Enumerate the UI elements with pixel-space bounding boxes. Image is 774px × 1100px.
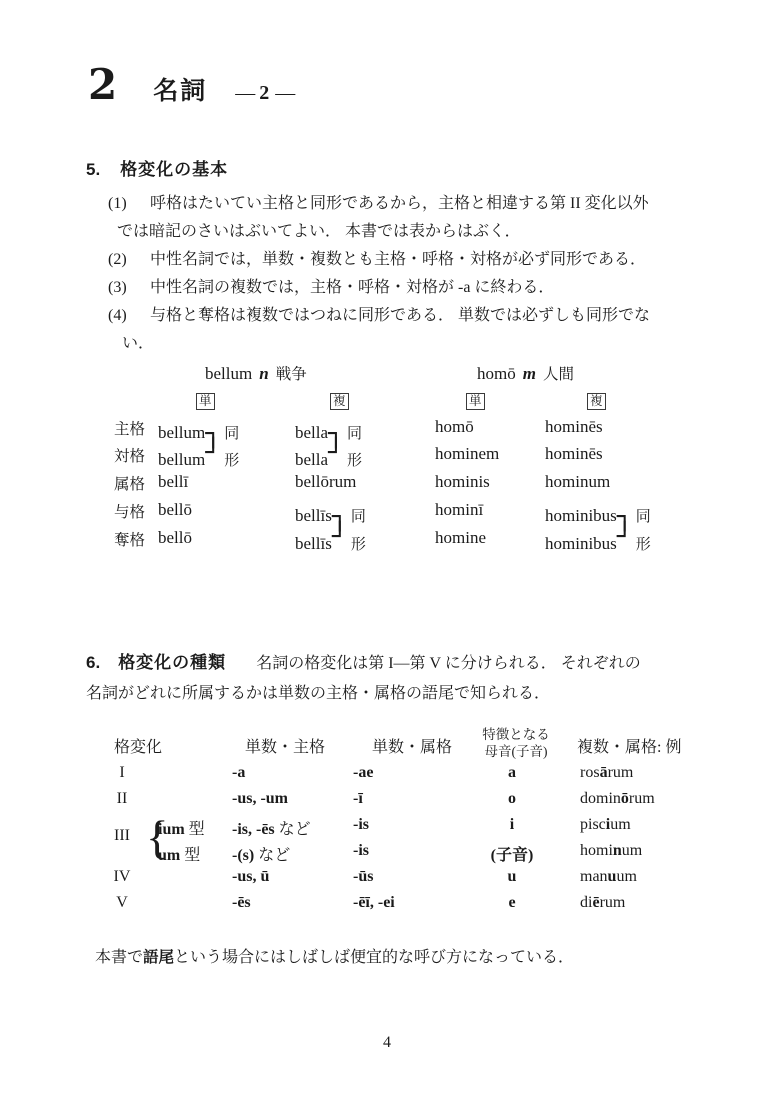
case-label: 対格: [114, 444, 145, 466]
example-word: rosārum: [580, 764, 633, 782]
declension-numeral: IV: [100, 868, 144, 886]
example-highlight: ō: [621, 790, 629, 807]
characteristic-vowel: e: [468, 894, 556, 912]
col-header-pl-genitive-example: 複数・属格: 例: [577, 734, 681, 757]
same-form-label: 形: [224, 453, 239, 469]
list-item-3: (3)中性名詞の複数では，主格・呼格・対格が -a に終わる．: [108, 274, 714, 302]
latin-form: bellō: [158, 528, 192, 547]
same-form-label: 同: [351, 509, 366, 525]
nominative-ending: -a: [232, 764, 245, 782]
latin-form: bellum: [158, 450, 205, 469]
declension-numeral: I: [100, 764, 144, 782]
nominative-ending: -us, -um: [232, 790, 288, 808]
cell-bellum-pl: bellōrum: [295, 472, 356, 492]
item-text: では暗記のさいはぶいてよい． 本書では表からはぶく．: [117, 223, 521, 240]
latin-form: homine: [435, 528, 486, 547]
subtype-label: um 型: [158, 842, 200, 865]
table-row-declension-1: I -a -ae a rosārum: [100, 764, 720, 790]
genitive-ending: -ae: [353, 764, 373, 782]
table-row-declension-3-um: um 型 -(s) など -is (子音) hominum: [100, 842, 720, 868]
table-row-declension-3-ium: ium 型 -is, -ēs など -is i piscium: [100, 816, 720, 842]
table-row-declension-5: V -ēs -ēī, -ei e diērum: [100, 894, 720, 920]
characteristic-vowel: u: [468, 868, 556, 886]
subtype-kanji: 型: [180, 847, 200, 864]
cell-homo-pl: hominēs: [545, 417, 603, 437]
latin-form: hominis: [435, 472, 490, 491]
table-row-genitive: 属格 bellī bellōrum hominis hominum: [112, 472, 732, 499]
example-suffix: um: [610, 816, 630, 833]
table-row-declension-4: IV -us, ū -ūs u manuum: [100, 868, 720, 894]
genitive-ending: -is: [353, 842, 369, 860]
same-form-bracket: ┘: [205, 440, 217, 467]
subtype-label: ium 型: [158, 816, 205, 839]
chapter-subtitle: —2—: [235, 82, 293, 105]
latin-form: hominī: [435, 500, 483, 519]
header-line: 特徴となる: [468, 726, 564, 743]
section6-number: 6.: [86, 653, 100, 672]
cell-homo-sg: homine: [435, 528, 486, 548]
nominative-ending: -is, -ēs など: [232, 816, 311, 839]
cell-bellum-sg: bellō: [158, 500, 192, 520]
cell-bellum-pl: bellīs┐同: [295, 500, 366, 527]
item-text: い．: [122, 335, 154, 352]
example-word: hominum: [580, 842, 642, 860]
note-text: 本書で: [95, 949, 143, 966]
subtype-kanji: 型: [185, 821, 205, 838]
item-number: (1): [108, 190, 150, 218]
same-form-bracket: ┘: [332, 524, 344, 551]
cell-homo-pl: hominum: [545, 472, 610, 492]
latin-form: bellī: [158, 472, 188, 491]
cell-homo-pl: hominibus┐同: [545, 500, 651, 527]
example-prefix: man: [580, 868, 608, 885]
characteristic-vowel: o: [468, 790, 556, 808]
list-item-4-line2: い．: [108, 330, 714, 358]
subtype: ium: [158, 821, 185, 838]
same-form-label: 形: [347, 453, 362, 469]
characteristic-vowel: a: [468, 764, 556, 782]
example-prefix: pisc: [580, 816, 606, 833]
declension-type-table: 格変化 単数・主格 単数・属格 特徴となる 母音(子音) 複数・属格: 例 II…: [100, 724, 720, 924]
latin-form: hominem: [435, 444, 499, 463]
example-prefix: ros: [580, 764, 600, 781]
table-row-ablative: 奪格 bellō bellīs┘形 homine hominibus┘形: [112, 528, 732, 555]
gender-label: m: [523, 364, 536, 383]
gender-label: n: [259, 364, 268, 383]
nominative-ending: -ēs: [232, 894, 251, 912]
list-item-1-line2: では暗記のさいはぶいてよい． 本書では表からはぶく．: [108, 218, 714, 246]
cell-bellum-sg: bellō: [158, 528, 192, 548]
cell-homo-pl: hominibus┘形: [545, 528, 651, 555]
characteristic-vowel: i: [468, 816, 556, 834]
item-text: 中性名詞の複数では，主格・呼格・対格が -a に終わる．: [150, 279, 554, 296]
ending: -ēs: [232, 894, 251, 911]
example-word: dominōrum: [580, 790, 655, 808]
ending-note: など: [275, 821, 311, 838]
genitive-ending: -ī: [353, 790, 363, 808]
number-box-plural: 複: [587, 393, 606, 410]
same-form-bracket: ┘: [328, 440, 340, 467]
latin-form: bella: [295, 450, 328, 469]
latin-form: bellīs: [295, 506, 332, 525]
cell-bellum-sg: bellum┐同: [158, 417, 239, 444]
same-form-label: 形: [636, 537, 651, 553]
cell-homo-sg: homō: [435, 417, 474, 437]
section5-heading: 5.格変化の基本: [86, 155, 228, 180]
example-prefix: homi: [580, 842, 613, 859]
example-word: piscium: [580, 816, 631, 834]
cell-bellum-sg: bellum┘形: [158, 444, 239, 471]
cell-homo-sg: hominem: [435, 444, 499, 464]
list-item-2: (2)中性名詞では，単数・複数とも主格・呼格・対格が必ず同形である．: [108, 246, 714, 274]
section5-title: 格変化の基本: [120, 160, 228, 179]
same-form-label: 同: [224, 426, 239, 442]
genitive-ending: -ēī, -ei: [353, 894, 395, 912]
cell-homo-sg: hominis: [435, 472, 490, 492]
latin-form: bellō: [158, 500, 192, 519]
example-suffix: um: [616, 868, 636, 885]
col-header-characteristic-vowel: 特徴となる 母音(子音): [468, 726, 564, 760]
word-gloss: 戦争: [276, 366, 307, 383]
example-word: diērum: [580, 894, 625, 912]
genitive-ending: -is: [353, 816, 369, 834]
ending: -a: [232, 764, 245, 781]
item-number: (3): [108, 274, 150, 302]
subtype: um: [158, 847, 180, 864]
same-form-label: 同: [347, 426, 362, 442]
number-box-plural: 複: [330, 393, 349, 410]
ending: -us, -um: [232, 790, 288, 807]
latin-form: bella: [295, 423, 328, 442]
item-text: 呼格はたいてい主格と同形であるから，主格と相違する第 II 変化以外: [150, 195, 649, 212]
case-label: 与格: [114, 500, 145, 522]
list-item-4-line1: (4)与格と奪格は複数ではつねに同形である． 単数では必ずしも同形でな: [108, 302, 714, 330]
footer-note: 本書で語尾という場合にはしばしば便宜的な呼び方になっている．: [95, 944, 574, 967]
declension-numeral: II: [100, 790, 144, 808]
ending: -is, -ēs: [232, 821, 275, 838]
section6-line1: 6. 格変化の種類名詞の格変化は第 I—第 V に分けられる． それぞれの: [86, 648, 706, 679]
example-prefix: domin: [580, 790, 621, 807]
example-suffix: rum: [600, 894, 626, 911]
latin-word: homō: [477, 364, 516, 383]
cell-bellum-pl: bellīs┘形: [295, 528, 366, 555]
example-suffix: um: [622, 842, 642, 859]
word-gloss: 人間: [543, 366, 574, 383]
latin-word: bellum: [205, 364, 252, 383]
section5-number: 5.: [86, 160, 100, 179]
number-box-singular: 単: [466, 393, 485, 410]
case-label: 属格: [114, 472, 145, 494]
characteristic-vowel: (子音): [468, 842, 556, 865]
dash-right: —: [275, 82, 293, 104]
cell-bellum-pl: bella┘形: [295, 444, 362, 471]
col-header-declension: 格変化: [114, 734, 162, 757]
case-label: 主格: [114, 417, 145, 439]
col-header-sg-genitive: 単数・属格: [372, 734, 452, 757]
note-text: という場合にはしばしば便宜的な呼び方になっている．: [174, 949, 574, 966]
same-form-bracket: ┘: [617, 524, 629, 551]
table-row-declension-2: II -us, -um -ī o dominōrum: [100, 790, 720, 816]
latin-form: hominēs: [545, 417, 603, 436]
case-label: 奪格: [114, 528, 145, 550]
item-number: (2): [108, 246, 150, 274]
nominative-ending: -us, ū: [232, 868, 269, 886]
section6-paragraph: 6. 格変化の種類名詞の格変化は第 I—第 V に分けられる． それぞれの 名詞…: [86, 648, 706, 709]
item-text: 与格と奪格は複数ではつねに同形である． 単数では必ずしも同形でな: [150, 307, 650, 324]
list-item-1-line1: (1)呼格はたいてい主格と同形であるから，主格と相違する第 II 変化以外: [108, 190, 714, 218]
same-form-label: 同: [636, 509, 651, 525]
paradigm-header-bellum: bellumn戦争: [205, 362, 307, 384]
ending-note: など: [254, 847, 290, 864]
chapter-header: 2 名詞 —2—: [88, 60, 293, 109]
example-prefix: di: [580, 894, 592, 911]
latin-form: homō: [435, 417, 474, 436]
section6-line2: 名詞がどれに所属するかは単数の主格・属格の語尾で知られる．: [86, 679, 706, 709]
number-box-singular: 単: [196, 393, 215, 410]
cell-homo-pl: hominēs: [545, 444, 603, 464]
col-header-sg-nominative: 単数・主格: [245, 734, 325, 757]
same-form-label: 形: [351, 537, 366, 553]
ending: -(s): [232, 847, 254, 864]
textbook-page: 2 名詞 —2— 5.格変化の基本 (1)呼格はたいてい主格と同形であるから，主…: [0, 0, 774, 1100]
example-highlight: ā: [600, 764, 608, 781]
latin-form: bellōrum: [295, 472, 356, 491]
chapter-number: 2: [88, 60, 117, 109]
ending: -us, ū: [232, 868, 269, 885]
example-suffix: rum: [608, 764, 634, 781]
example-highlight: n: [613, 842, 622, 859]
note-bold-term: 語尾: [143, 949, 174, 966]
latin-form: hominum: [545, 472, 610, 491]
latin-form: hominibus: [545, 506, 617, 525]
item-text: 中性名詞では，単数・複数とも主格・呼格・対格が必ず同形である．: [150, 251, 646, 268]
latin-form: hominēs: [545, 444, 603, 463]
section6-text: 名詞の格変化は第 I—第 V に分けられる． それぞれの: [256, 655, 641, 672]
chapter-subnumber: 2: [259, 82, 269, 104]
genitive-ending: -ūs: [353, 868, 373, 886]
paradigm-header-homo: homōm人間: [477, 362, 574, 384]
cell-homo-sg: hominī: [435, 500, 483, 520]
cell-bellum-sg: bellī: [158, 472, 188, 492]
nominative-ending: -(s) など: [232, 842, 290, 865]
section5-list: (1)呼格はたいてい主格と同形であるから，主格と相違する第 II 変化以外 では…: [108, 190, 714, 358]
chapter-title: 名詞: [153, 71, 207, 107]
example-word: manuum: [580, 868, 637, 886]
example-suffix: rum: [629, 790, 655, 807]
declension-numeral: V: [100, 894, 144, 912]
example-highlight: ē: [592, 894, 599, 911]
section6-title: 格変化の種類: [118, 653, 226, 672]
table-row-dative: 与格 bellō bellīs┐同 hominī hominibus┐同: [112, 500, 732, 527]
page-number: 4: [0, 1034, 774, 1052]
table-row-accusative: 対格 bellum┘形 bella┘形 hominem hominēs: [112, 444, 732, 471]
header-line: 母音(子音): [468, 743, 564, 760]
latin-form: bellum: [158, 423, 205, 442]
item-number: (4): [108, 302, 150, 330]
declension-table: bellumn戦争 homōm人間 単 複 単 複 主格 bellum┐同 be…: [112, 362, 732, 567]
latin-form: hominibus: [545, 534, 617, 553]
dash-left: —: [235, 82, 253, 104]
latin-form: bellīs: [295, 534, 332, 553]
